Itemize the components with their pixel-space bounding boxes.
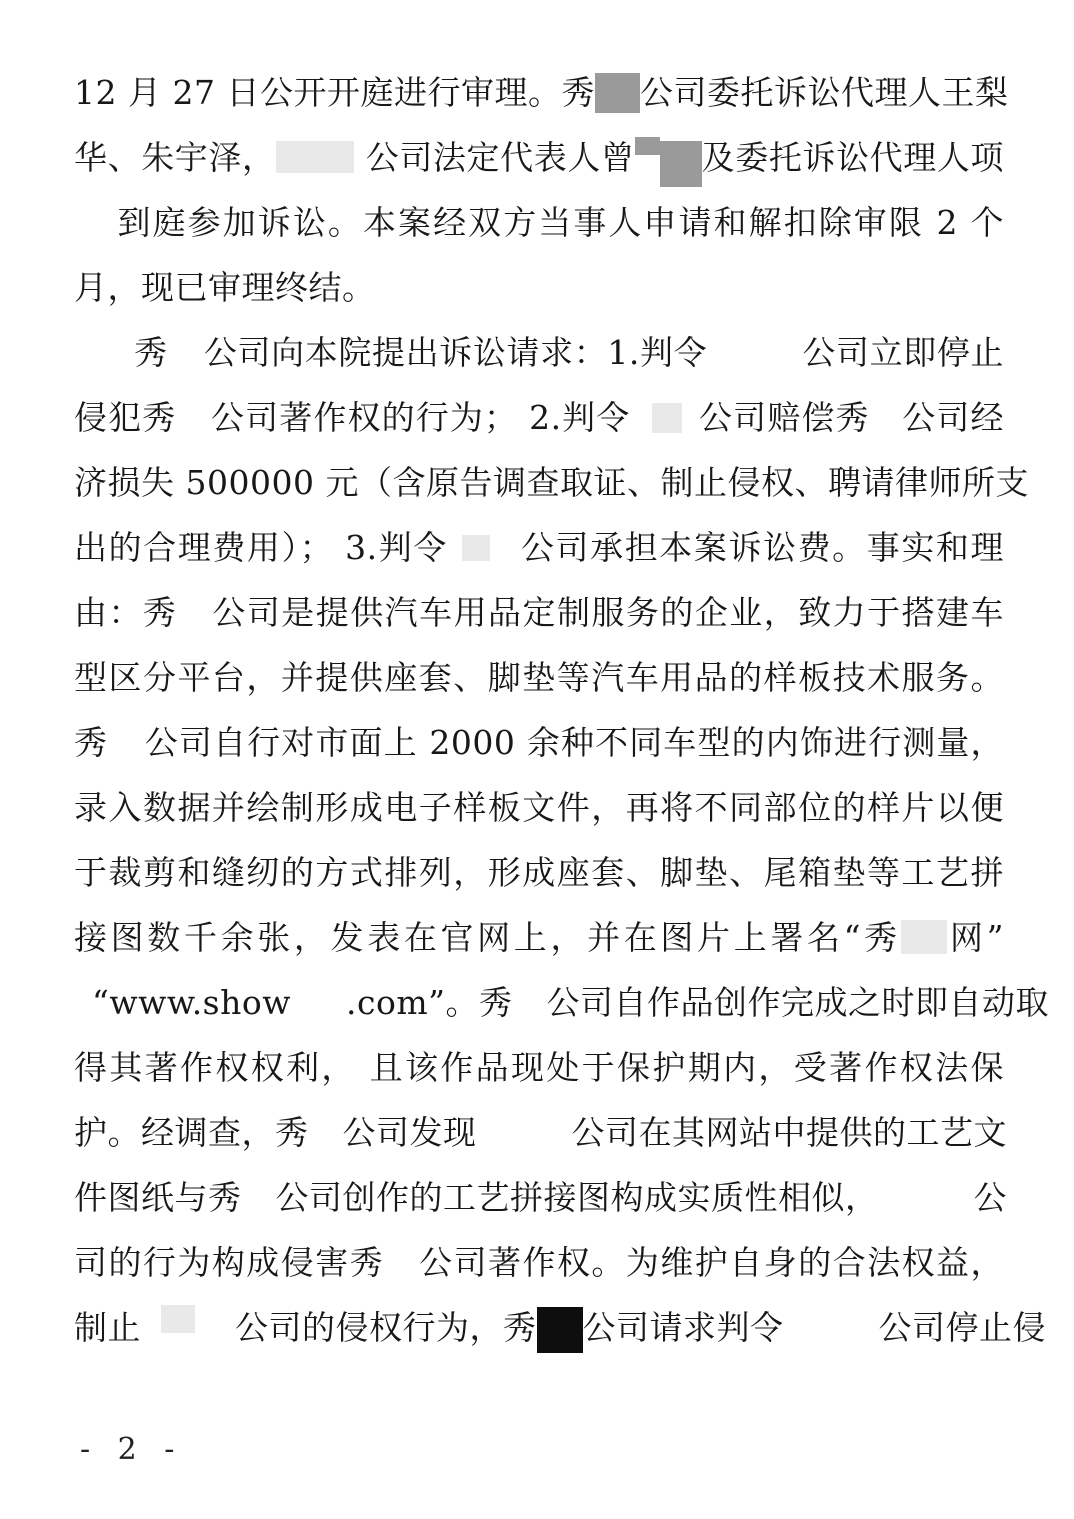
document-page: 12 月 27 日公开开庭进行审理。秀公司委托诉讼代理人王梨华、朱宇泽，公司法定… [0, 0, 1074, 1519]
text-segment: 件图纸与秀 [74, 1178, 242, 1217]
redaction-gap [630, 397, 652, 437]
redaction-box-light [652, 403, 682, 433]
redaction-gap [707, 332, 802, 372]
text-segment: 网” [947, 918, 1004, 957]
text-segment: 录入数据并绘制形成电子样板文件，再将不同部位的样片以便 [74, 788, 1004, 827]
redaction-box-light [462, 535, 490, 561]
redaction-gap [176, 397, 210, 437]
text-segment: 公司请求判令 [583, 1308, 784, 1347]
redaction-gap [309, 1112, 343, 1152]
text-segment: 公司委托诉讼代理人王梨 [640, 73, 1009, 112]
text-segment: .com”。秀 [346, 983, 513, 1022]
redaction-box-black [537, 1307, 583, 1353]
redaction-gap [448, 527, 462, 567]
redaction-gap [74, 982, 92, 1022]
redaction-gap [354, 137, 366, 177]
text-line: “www.show.com”。秀公司自作品创作完成之时即自动取 [74, 970, 1004, 1035]
text-line: 侵犯秀公司著作权的行为； 2.判令公司赔偿秀公司经 [74, 385, 1004, 450]
redaction-box-light [276, 141, 354, 173]
text-line: 华、朱宇泽，公司法定代表人曾及委托诉讼代理人项 [74, 125, 1004, 190]
text-segment: 公司赔偿秀 [698, 398, 869, 437]
text-segment: 到庭参加诉讼。本案经双方当事人申请和解扣除审限 2 个 [116, 203, 1004, 242]
text-line: 秀公司自行对市面上 2000 余种不同车型的内饰进行测量， [74, 710, 1004, 775]
page-number: - 2 - [80, 1432, 183, 1467]
redaction-gap [384, 1242, 418, 1282]
redaction-gap [108, 722, 144, 762]
text-segment: 公司承担本案诉讼费。事实和理 [520, 528, 1004, 567]
text-segment: 公司自作品创作完成之时即自动取 [547, 983, 1050, 1022]
text-line: 12 月 27 日公开开庭进行审理。秀公司委托诉讼代理人王梨 [74, 60, 1004, 125]
text-segment: 得其著作权权利， 且该作品现处于保护期内，受著作权法保 [74, 1048, 1004, 1087]
text-segment: 秀 [74, 723, 108, 762]
redaction-gap [879, 1177, 974, 1217]
text-segment: 济损失 500000 元（含原告调查取证、制止侵权、聘请律师所支 [74, 463, 1029, 502]
redaction-gap [682, 397, 698, 437]
text-segment: 公司向本院提出诉讼请求：1.判令 [204, 333, 708, 372]
redaction-gap [242, 1177, 276, 1217]
redaction-box-light [161, 1305, 195, 1333]
text-segment: 12 月 27 日公开开庭进行审理。秀 [74, 73, 595, 112]
text-line: 到庭参加诉讼。本案经双方当事人申请和解扣除审限 2 个 [74, 190, 1004, 255]
text-segment: 公司法定代表人曾 [366, 138, 635, 177]
text-segment: 公司是提供汽车用品定制服务的企业，致力于搭建车 [211, 593, 1004, 632]
text-line: 护。经调查，秀公司发现公司在其网站中提供的工艺文 [74, 1100, 1004, 1165]
text-segment: 公司著作权的行为； 2.判令 [210, 398, 630, 437]
redaction-gap [195, 1307, 235, 1347]
text-segment: “www.show [92, 983, 291, 1022]
text-segment: 制止 [74, 1308, 141, 1347]
text-line: 月，现已审理终结。 [74, 255, 1004, 320]
text-line: 济损失 500000 元（含原告调查取证、制止侵权、聘请律师所支 [74, 450, 1004, 515]
redaction-gap [177, 592, 211, 632]
text-segment: 型区分平台，并提供座套、脚垫等汽车用品的样板技术服务。 [74, 658, 1004, 697]
text-segment: 公司自行对市面上 2000 余种不同车型的内饰进行测量， [144, 723, 1004, 762]
redaction-gap [291, 982, 346, 1022]
text-segment: 司的行为构成侵害秀 [74, 1243, 384, 1282]
redaction-box-gray [660, 141, 702, 187]
text-segment: 于裁剪和缝纫的方式排列，形成座套、脚垫、尾箱垫等工艺拼 [74, 853, 1004, 892]
text-segment: 侵犯秀 [74, 398, 176, 437]
text-line: 秀公司向本院提出诉讼请求：1.判令公司立即停止 [74, 320, 1004, 385]
redaction-box-gray [595, 73, 640, 113]
text-segment: 接图数千余张，发表在官网上，并在图片上署名“秀 [74, 918, 901, 957]
redaction-gap [168, 332, 204, 372]
text-segment: 公司创作的工艺拼接图构成实质性相似， [276, 1178, 879, 1217]
text-line: 接图数千余张，发表在官网上，并在图片上署名“秀网” [74, 905, 1004, 970]
text-line: 制止公司的侵权行为，秀公司请求判令公司停止侵 [74, 1295, 1004, 1360]
text-segment: 及委托诉讼代理人项 [702, 138, 1004, 177]
redaction-gap [490, 527, 520, 567]
text-segment: 秀 [134, 333, 168, 372]
text-segment: 护。经调查，秀 [74, 1113, 309, 1152]
text-line: 录入数据并绘制形成电子样板文件，再将不同部位的样片以便 [74, 775, 1004, 840]
redaction-gap [74, 202, 116, 242]
text-segment: 由：秀 [74, 593, 177, 632]
text-segment: 公司经 [902, 398, 1004, 437]
redaction-box-light [901, 920, 947, 954]
redaction-gap [784, 1307, 879, 1347]
redaction-gap [74, 332, 134, 372]
redaction-gap [870, 397, 902, 437]
text-line: 出的合理费用）； 3.判令公司承担本案诉讼费。事实和理 [74, 515, 1004, 580]
text-segment: 出的合理费用）； 3.判令 [74, 528, 448, 567]
redaction-gap [141, 1307, 161, 1347]
text-line: 于裁剪和缝纫的方式排列，形成座套、脚垫、尾箱垫等工艺拼 [74, 840, 1004, 905]
text-segment: 公司的侵权行为，秀 [235, 1308, 537, 1347]
text-segment: 公司停止侵 [879, 1308, 1047, 1347]
text-segment: 公 [974, 1178, 1008, 1217]
redaction-box-gray [635, 137, 660, 155]
text-segment: 公司立即停止 [802, 333, 1004, 372]
text-line: 由：秀公司是提供汽车用品定制服务的企业，致力于搭建车 [74, 580, 1004, 645]
text-line: 司的行为构成侵害秀公司著作权。为维护自身的合法权益， [74, 1230, 1004, 1295]
document-body: 12 月 27 日公开开庭进行审理。秀公司委托诉讼代理人王梨华、朱宇泽，公司法定… [74, 60, 1004, 1360]
text-line: 型区分平台，并提供座套、脚垫等汽车用品的样板技术服务。 [74, 645, 1004, 710]
text-segment: 月，现已审理终结。 [74, 268, 376, 307]
text-line: 件图纸与秀公司创作的工艺拼接图构成实质性相似，公 [74, 1165, 1004, 1230]
text-segment: 华、朱宇泽， [74, 138, 276, 177]
text-segment: 公司著作权。为维护自身的合法权益， [418, 1243, 1004, 1282]
text-segment: 公司在其网站中提供的工艺文 [572, 1113, 1008, 1152]
text-segment: 公司发现 [343, 1113, 477, 1152]
text-line: 得其著作权权利， 且该作品现处于保护期内，受著作权法保 [74, 1035, 1004, 1100]
redaction-gap [477, 1112, 572, 1152]
redaction-gap [513, 982, 547, 1022]
